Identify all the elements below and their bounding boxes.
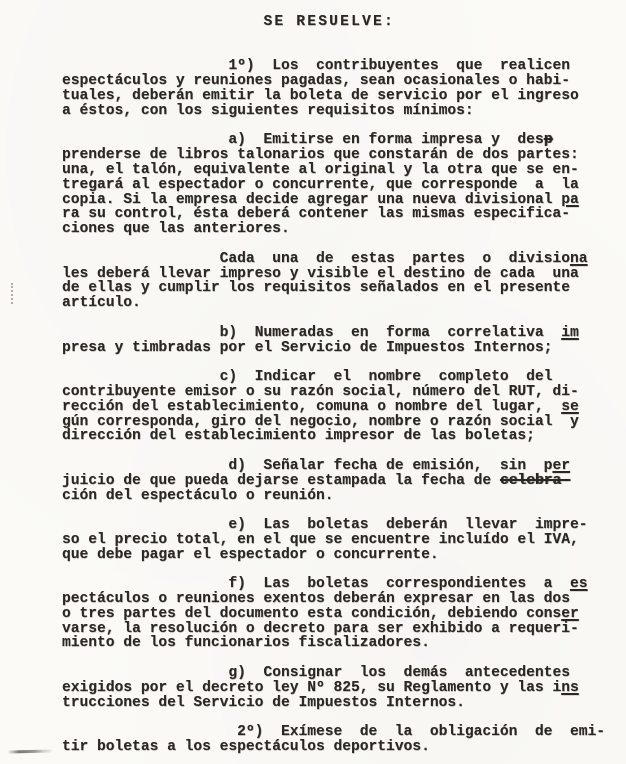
blank-line [62, 311, 605, 326]
text-segment: pectáculos o reuniones exentos deberán e… [62, 591, 570, 607]
typewritten-text-block: SE RESUELVE: 1º) Los contribuyentes que … [62, 15, 605, 755]
text-segment: dirección del establecimiento impresor d… [62, 428, 535, 444]
document-line: juicio de que pueda dejarse estampada la… [62, 474, 605, 489]
blank-line [62, 651, 605, 666]
text-segment: ciones que las anteriores. [62, 221, 290, 237]
document-line: tir boletas a los espectáculos deportivo… [62, 740, 605, 755]
text-segment: espectáculos y reuniones pagadas, sean o… [62, 73, 570, 89]
document-line: rección del establecimiento, comuna o no… [62, 400, 605, 415]
text-segment: tregará al espectador o concurrente, que… [62, 177, 579, 193]
document-line: 2º) Exímese de la obligación de emi- [62, 725, 605, 740]
document-line: contribuyente emisor o su razón social, … [62, 385, 605, 400]
blank-line [62, 237, 605, 252]
document-line: exigidos por el decreto ley Nº 825, su R… [62, 681, 605, 696]
document-line: a éstos, con los siguientes requisitos m… [62, 104, 605, 119]
blank-line [62, 30, 605, 45]
document-line: f) Las boletas correspondientes a es [62, 577, 605, 592]
text-segment: o tres partes del documento esta condici… [62, 606, 561, 622]
blank-line [62, 503, 605, 518]
struck-out-text: celebra- [500, 473, 570, 489]
underlined-syllable: er [561, 606, 579, 622]
document-line: a) Emitirse en forma impresa y desp [62, 133, 605, 148]
blank-line [62, 355, 605, 370]
text-segment: que debe pagar el espectador o concurren… [62, 547, 439, 563]
text-segment: presa y timbradas por el Servicio de Imp… [62, 340, 552, 356]
document-line: miento de los funcionarios fiscalizadore… [62, 636, 605, 651]
document-line: de ellas y cumplir los requisitos señala… [62, 281, 605, 296]
document-line: dirección del establecimiento impresor d… [62, 429, 605, 444]
text-segment: una, el talón, equivalente al original y… [62, 162, 579, 178]
underlined-syllable: er [552, 458, 570, 474]
text-segment: tuales, deberán emitir la boleta de serv… [62, 88, 579, 104]
underlined-syllable: im [561, 325, 579, 341]
ink-smudge [8, 749, 52, 753]
text-segment: c) Indicar el nombre completo del [220, 369, 553, 385]
document-line: e) Las boletas deberán llevar impre- [62, 518, 605, 533]
text-segment: de ellas y cumplir los requisitos señala… [62, 280, 570, 296]
struck-out-text: p [544, 132, 553, 148]
document-line: 1º) Los contribuyentes que realicen [62, 59, 605, 74]
document-line: artículo. [62, 296, 605, 311]
document-line: c) Indicar el nombre completo del [62, 370, 605, 385]
document-line: Cada una de estas partes o divisiona [62, 252, 605, 267]
document-line: tuales, deberán emitir la boleta de serv… [62, 89, 605, 104]
text-segment: artículo. [62, 295, 141, 311]
document-line: g) Consignar los demás antecedentes [62, 666, 605, 681]
document-line: espectáculos y reuniones pagadas, sean o… [62, 74, 605, 89]
document-line: ción del espectáculo o reunión. [62, 489, 605, 504]
document-line: o tres partes del documento esta condici… [62, 607, 605, 622]
document-line: una, el talón, equivalente al original y… [62, 163, 605, 178]
text-segment: ción del espectáculo o reunión. [62, 488, 334, 504]
document-line: b) Numeradas en forma correlativa im [62, 326, 605, 341]
text-segment: g) Consignar los demás antecedentes [228, 665, 570, 681]
document-line: pectáculos o reuniones exentos deberán e… [62, 592, 605, 607]
document-line: presa y timbradas por el Servicio de Imp… [62, 341, 605, 356]
text-segment: SE RESUELVE: [263, 14, 395, 30]
text-segment: b) Numeradas en forma correlativa [220, 325, 562, 341]
text-segment: Cada una de estas partes o divisio [220, 251, 570, 267]
text-segment: prenderse de libros talonarios que const… [62, 147, 579, 163]
text-segment: e) Las boletas deberán llevar impre- [228, 517, 587, 533]
document-line: trucciones del Servicio de Impuestos Int… [62, 696, 605, 711]
text-segment: ra su control, ésta deberá contener las … [62, 206, 570, 222]
text-segment: rección del establecimiento, comuna o no… [62, 399, 561, 415]
text-segment: a) Emitirse en forma impresa y des [228, 132, 543, 148]
text-segment: so el precio total, en el que se encuent… [62, 532, 579, 548]
text-segment: contribuyente emisor o su razón social, … [62, 384, 579, 400]
document-line: ciones que las anteriores. [62, 222, 605, 237]
document-line: ra su control, ésta deberá contener las … [62, 207, 605, 222]
document-line: tregará al espectador o concurrente, que… [62, 178, 605, 193]
document-line: d) Señalar fecha de emisión, sin per [62, 459, 605, 474]
text-segment: trucciones del Servicio de Impuestos Int… [62, 695, 465, 711]
blank-line [62, 444, 605, 459]
text-segment: tir boletas a los espectáculos deportivo… [62, 739, 430, 755]
document-line: prenderse de libros talonarios que const… [62, 148, 605, 163]
text-segment: exigidos por el decreto ley Nº 825, su R… [62, 680, 561, 696]
document-line: que debe pagar el espectador o concurren… [62, 548, 605, 563]
underlined-syllable: se [561, 399, 579, 415]
text-segment: 2º) Exímese de la obligación de emi- [237, 724, 605, 740]
text-segment: d) Señalar fecha de emisión, sin p [228, 458, 552, 474]
text-segment: miento de los funcionarios fiscalizadore… [62, 635, 430, 651]
document-line: so el precio total, en el que se encuent… [62, 533, 605, 548]
text-segment: 1º) Los contribuyentes que realicen [228, 58, 570, 74]
underlined-syllable: ns [561, 680, 579, 696]
margin-pencil-mark [11, 283, 13, 304]
underlined-syllable: es [570, 576, 588, 592]
document-heading: SE RESUELVE: [62, 15, 605, 30]
text-segment: f) Las boletas correspondientes a [228, 576, 570, 592]
document-page: SE RESUELVE: 1º) Los contribuyentes que … [0, 0, 626, 764]
underlined-syllable: na [570, 251, 588, 267]
text-segment: a éstos, con los siguientes requisitos m… [62, 103, 474, 119]
text-segment: juicio de que pueda dejarse estampada la… [62, 473, 500, 489]
